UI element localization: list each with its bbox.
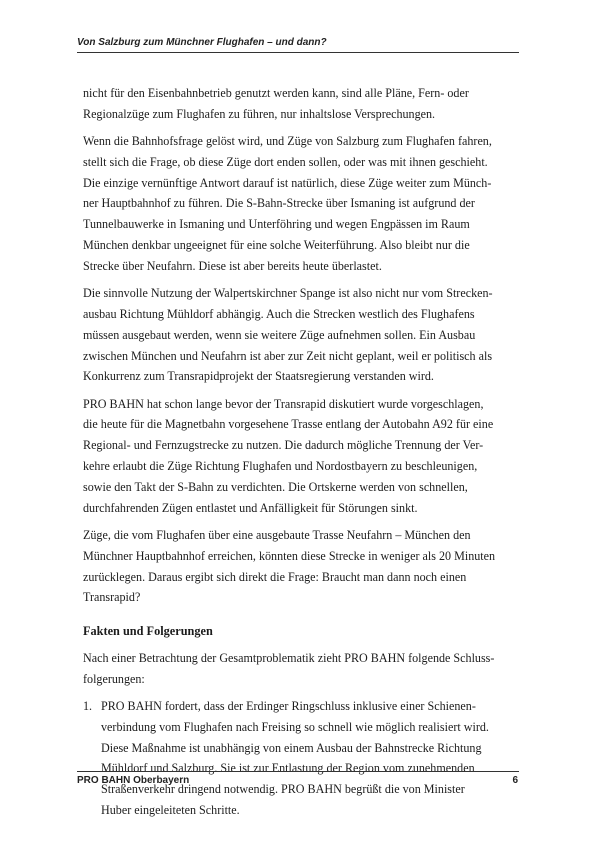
text-line: Huber eingeleiteten Schritte. <box>101 800 519 821</box>
text-line: Die sinnvolle Nutzung der Walpertskirchn… <box>83 283 519 304</box>
text-line: PRO BAHN fordert, dass der Erdinger Ring… <box>101 696 519 717</box>
text-line: durchfahrenden Zügen entlastet und Anfäl… <box>83 498 519 519</box>
footer-rule <box>77 771 519 772</box>
footer-organization: PRO BAHN Oberbayern <box>77 775 189 787</box>
section-heading: Fakten und Folgerungen <box>83 621 519 642</box>
text-line: Münchner Hauptbahnhof erreichen, könnten… <box>83 546 519 567</box>
text-line: München denkbar ungeeignet für eine solc… <box>83 235 519 256</box>
running-header: Von Salzburg zum Münchner Flughafen – un… <box>77 37 519 49</box>
text-line: Wenn die Bahnhofsfrage gelöst wird, und … <box>83 131 519 152</box>
header-rule <box>77 52 519 53</box>
text-line: Nach einer Betrachtung der Gesamtproblem… <box>83 648 519 669</box>
text-line: Strecke über Neufahrn. Diese ist aber be… <box>83 256 519 277</box>
text-line: die heute für die Magnetbahn vorgesehene… <box>83 414 519 435</box>
text-line: Regional- und Fernzugstrecke zu nutzen. … <box>83 435 519 456</box>
text-line: stellt sich die Frage, ob diese Züge dor… <box>83 152 519 173</box>
text-line: PRO BAHN hat schon lange bevor der Trans… <box>83 394 519 415</box>
paragraph-1: nicht für den Eisenbahnbetrieb genutzt w… <box>83 83 519 125</box>
document-body: nicht für den Eisenbahnbetrieb genutzt w… <box>83 83 519 821</box>
text-line: kehre erlaubt die Züge Richtung Flughafe… <box>83 456 519 477</box>
text-line: folgerungen: <box>83 669 519 690</box>
text-line: ner Hauptbahnhof zu führen. Die S-Bahn-S… <box>83 193 519 214</box>
text-line: müssen ausgebaut werden, wenn sie weiter… <box>83 325 519 346</box>
list-number: 1. <box>83 696 92 717</box>
text-line: zwischen München und Neufahrn ist aber z… <box>83 346 519 367</box>
paragraph-3: Die sinnvolle Nutzung der Walpertskirchn… <box>83 283 519 387</box>
intro-paragraph: Nach einer Betrachtung der Gesamtproblem… <box>83 648 519 690</box>
text-line: Züge, die vom Flughafen über eine ausgeb… <box>83 525 519 546</box>
text-line: Konkurrenz zum Transrapidprojekt der Sta… <box>83 366 519 387</box>
text-line: Tunnelbauwerke in Ismaning und Unterföhr… <box>83 214 519 235</box>
paragraph-5: Züge, die vom Flughafen über eine ausgeb… <box>83 525 519 608</box>
paragraph-4: PRO BAHN hat schon lange bevor der Trans… <box>83 394 519 519</box>
text-line: ausbau Richtung Mühldorf abhängig. Auch … <box>83 304 519 325</box>
text-line: nicht für den Eisenbahnbetrieb genutzt w… <box>83 83 519 104</box>
text-line: Transrapid? <box>83 587 519 608</box>
text-line: verbindung vom Flughafen nach Freising s… <box>101 717 519 738</box>
text-line: Diese Maßnahme ist unabhängig von einem … <box>101 738 519 759</box>
list-item-1: 1. PRO BAHN fordert, dass der Erdinger R… <box>83 696 519 821</box>
page-number: 6 <box>512 775 518 787</box>
text-line: Die einzige vernünftige Antwort darauf i… <box>83 173 519 194</box>
text-line: Regionalzüge zum Flughafen zu führen, nu… <box>83 104 519 125</box>
text-line: zurücklegen. Daraus ergibt sich direkt d… <box>83 567 519 588</box>
paragraph-2: Wenn die Bahnhofsfrage gelöst wird, und … <box>83 131 519 277</box>
text-line: sowie den Takt der S-Bahn zu verdichten.… <box>83 477 519 498</box>
